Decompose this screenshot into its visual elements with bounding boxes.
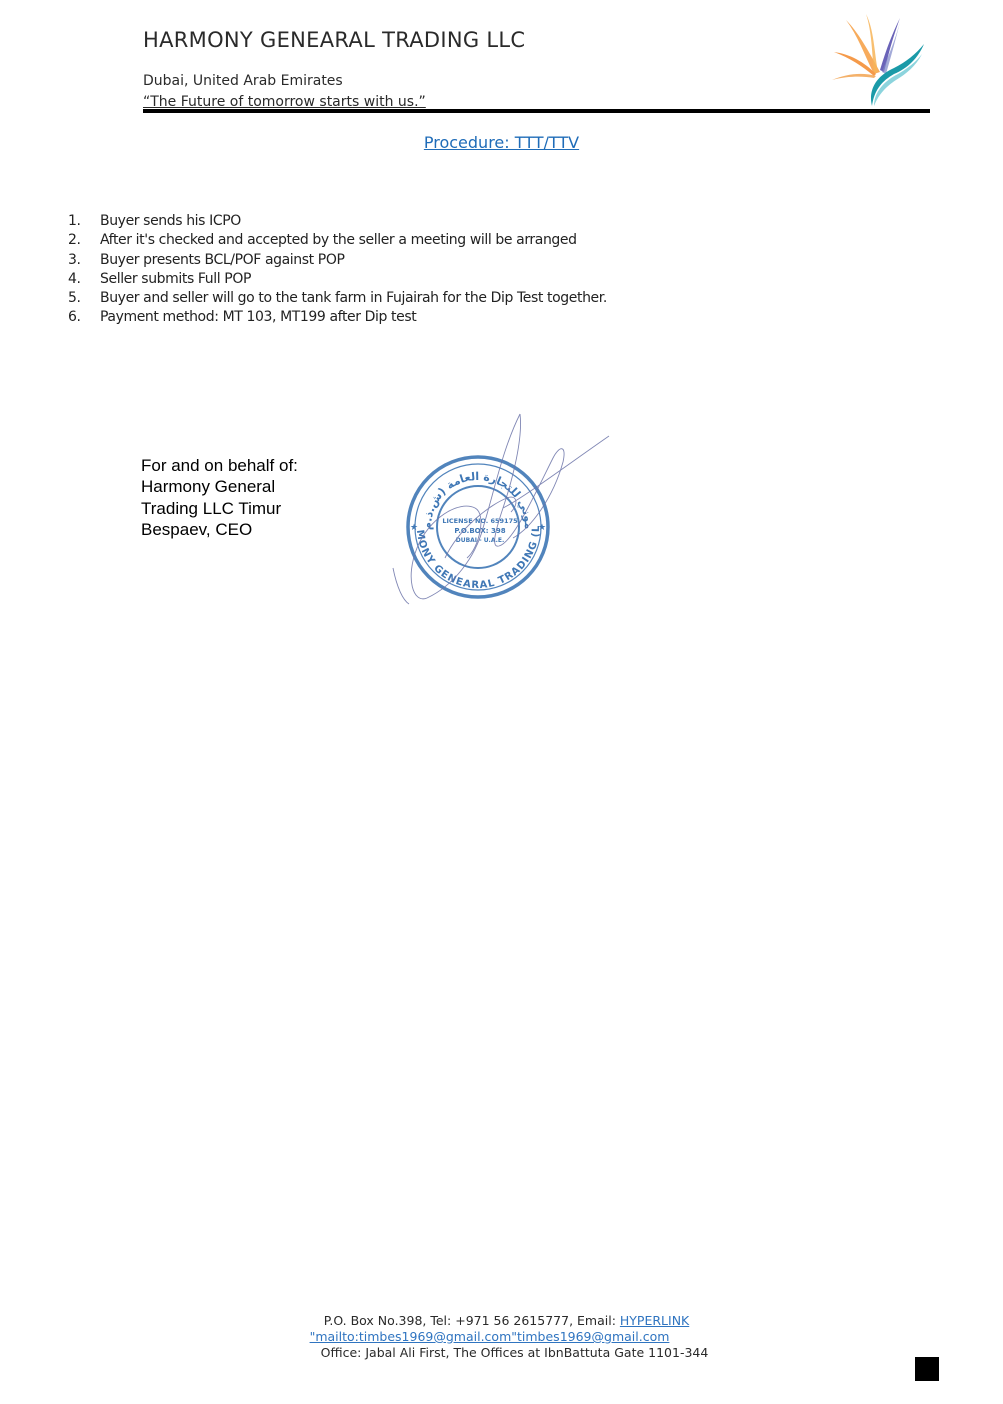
step-text: Payment method: MT 103, MT199 after Dip … [100,308,416,327]
step-number: 5. [68,289,100,308]
step-number: 1. [68,212,100,231]
step-text: After it's checked and accepted by the s… [100,231,577,250]
signoff-block: For and on behalf of: Harmony General Tr… [141,455,298,540]
footer-contact-line: P.O. Box No.398, Tel: +971 56 2615777, E… [0,1313,1003,1329]
document-title-link[interactable]: Procedure: TTT/TTV [424,133,579,152]
company-location: Dubai, United Arab Emirates [143,73,343,89]
step-number: 6. [68,308,100,327]
step-number: 2. [68,231,100,250]
step-number: 4. [68,270,100,289]
list-item: 5.Buyer and seller will go to the tank f… [68,289,607,308]
svg-text:هارموني للتجارة العامة (ش.ذ.م.: هارموني للتجارة العامة (ش.ذ.م.م) [383,408,535,530]
list-item: 1.Buyer sends his ICPO [68,212,607,231]
footer-office-address: Office: Jabal Ali First, The Offices at … [0,1345,1003,1361]
footer-hyperlink-label[interactable]: HYPERLINK [620,1313,689,1328]
footer-email-link[interactable]: "mailto:timbes1969@gmail.com"timbes1969@… [310,1329,670,1344]
step-text: Buyer sends his ICPO [100,212,241,231]
step-text: Seller submits Full POP [100,270,251,289]
bird-of-paradise-flower-logo-icon [828,10,928,110]
company-tagline: “The Future of tomorrow starts with us.” [143,94,426,110]
step-text: Buyer and seller will go to the tank far… [100,289,607,308]
page-corner-marker [915,1357,939,1381]
list-item: 4.Seller submits Full POP [68,270,607,289]
procedure-steps-list: 1.Buyer sends his ICPO 2.After it's chec… [68,212,607,328]
page-footer: P.O. Box No.398, Tel: +971 56 2615777, E… [0,1313,1003,1361]
company-stamp-with-signature-icon: هارموني للتجارة العامة (ش.ذ.م.م) HARMONY… [383,408,613,608]
footer-email-line: "mailto:timbes1969@gmail.com"timbes1969@… [0,1329,1003,1345]
list-item: 6.Payment method: MT 103, MT199 after Di… [68,308,607,327]
company-name: HARMONY GENEARAL TRADING LLC [143,28,525,52]
header-divider [143,109,930,113]
stamp-license: LICENSE NO. 659175 [442,517,518,525]
document-title[interactable]: Procedure: TTT/TTV [0,133,1003,152]
list-item: 3.Buyer presents BCL/POF against POP [68,251,607,270]
footer-contact-text: P.O. Box No.398, Tel: +971 56 2615777, E… [324,1313,620,1328]
stamp-arabic-text: هارموني للتجارة العامة (ش.ذ.م.م) [383,408,535,530]
step-text: Buyer presents BCL/POF against POP [100,251,345,270]
step-number: 3. [68,251,100,270]
svg-text:★: ★ [538,522,546,532]
svg-text:★: ★ [410,522,418,532]
list-item: 2.After it's checked and accepted by the… [68,231,607,250]
